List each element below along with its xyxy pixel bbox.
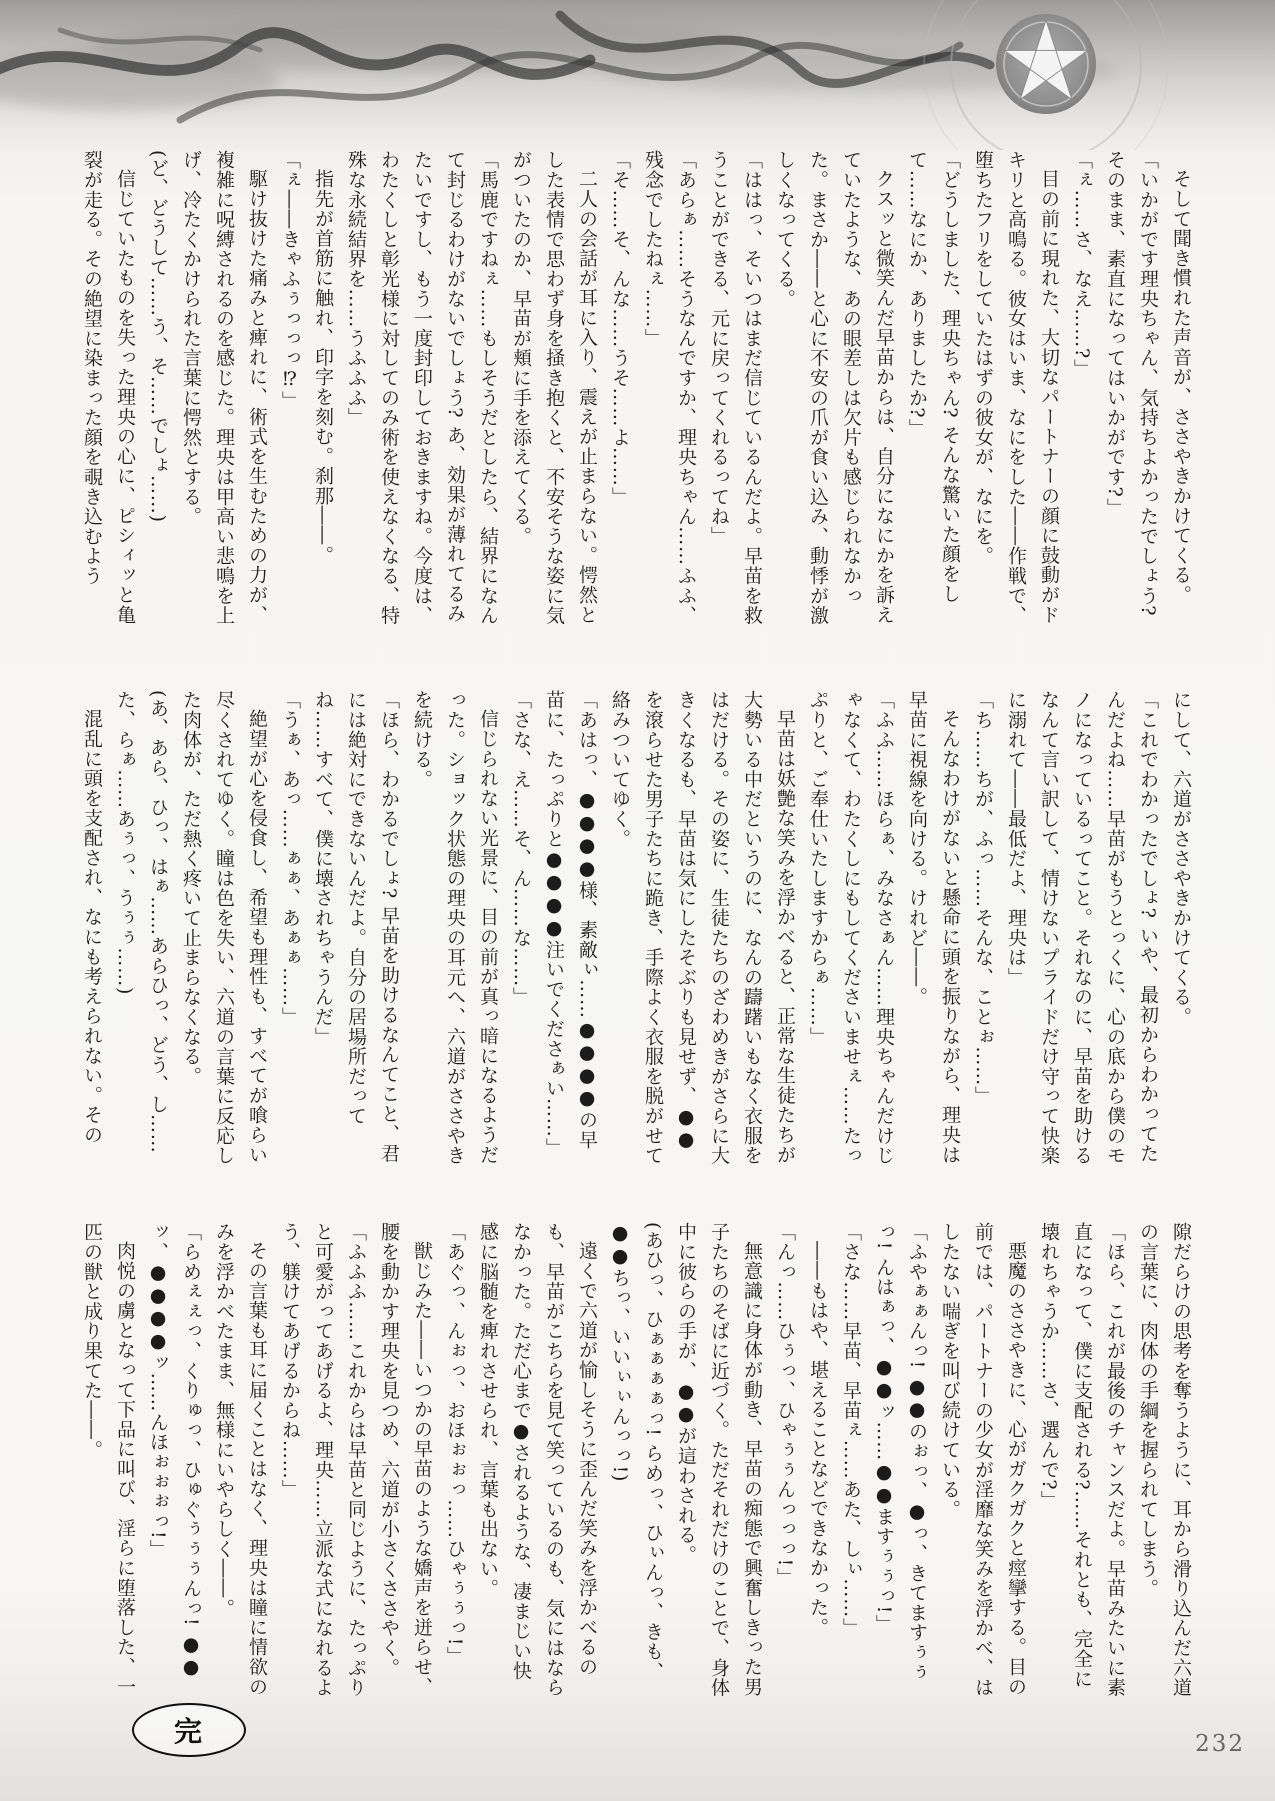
paragraph: 隙だらけの思考を奪うように、耳から滑り込んだ六道の言葉に、肉体の手綱を握られてし… [1131,1222,1197,1700]
paragraph: 「らめぇぇっ、くりゅっ、ひゅぐぅぅぅんっ! ●●ッ、●●●●ッ……んほぉぉぉっ!… [141,1222,207,1700]
paragraph: 「これでわかったでしょ? いや、最初からわかってたんだよね……早苗がもうとっくに… [999,690,1164,1168]
paragraph: 「馬鹿ですねぇ……もしそうだとしたら、結界になんて封じるわけがないでしょう? あ… [339,150,504,628]
paragraph: そんなわけがないと懸命に頭を振りながら、理央は早苗に視線を向ける。けれど――。 [900,690,966,1168]
paragraph: (ど、どうして……う、そ……でしょ……) [141,150,174,628]
page-number: 232 [1195,1731,1245,1757]
end-mark-oval: 完 [132,1703,246,1757]
paragraph: 「うぁ、あっ……ぁぁ、あぁぁ……」 [273,690,306,1168]
paragraph: (あ、あら、ひっ、はぁ……あらひっ、どう、し……た、らぁ……あぅっ、うぅぅ……) [108,690,174,1168]
paragraph: にして、六道がささやきかけてくる。 [1164,690,1197,1168]
vertical-text-band-2: にして、六道がささやきかけてくる。「これでわかったでしょ? いや、最初からわかっ… [75,690,1197,1168]
end-mark-label: 完 [174,1710,204,1750]
paragraph: 「ほら、これが最後のチャンスだよ。早苗みたいに素直になって、僕に支配される?……… [1032,1222,1131,1700]
paragraph: 「んっ……ひぅっ、ひゃぅぅんっっっ!」 [768,1222,801,1700]
paragraph: 信じていたものを失った理央の心に、ピシィッと亀裂が走る。その絶望に染まった顔を覗… [75,150,141,628]
paragraph: 「あらぁ……そうなんですか、理央ちゃん……ふふ、残念でしたねぇ……」 [636,150,702,628]
paragraph: その言葉も耳に届くことはなく、理央は瞳に情欲のみを浮かべたまま、無様にいやらしく… [207,1222,273,1700]
vertical-text-band-3: 隙だらけの思考を奪うように、耳から滑り込んだ六道の言葉に、肉体の手綱を握られてし… [75,1222,1197,1700]
paragraph: 肉悦の虜となって下品に叫び、淫らに堕落した、一匹の獣と成り果てた――。 [75,1222,141,1700]
paragraph: 「ぇ……さ、なえ……?」 [1065,150,1098,628]
paragraph: 「ち……ちが、ふっ……そんな、ことぉ……」 [966,690,999,1168]
paragraph: 獣じみた――いつかの早苗のような嬌声を迸らせ、腰を動かす理央を見つめ、六道が小さ… [372,1222,438,1700]
paragraph: そして聞き慣れた声音が、ささやきかけてくる。 [1164,150,1197,628]
paragraph: 「さな……早苗、早苗ぇ……あた、しぃ……」 [834,1222,867,1700]
paragraph: 早苗は妖艶な笑みを浮かべると、正常な生徒たちが大勢いる中だというのに、なんの躊躇… [603,690,801,1168]
paragraph: 絶望が心を侵食し、希望も理性も、すべてが喰らい尽くされてゆく。瞳は色を失い、六道… [174,690,273,1168]
paragraph: 遠くで六道が愉しそうに歪んだ笑みを浮かべるのも、早苗がこちらを見て笑っているのも… [471,1222,603,1700]
novel-page: そして聞き慣れた声音が、ささやきかけてくる。「いかがです理央ちゃん、気持ちよかっ… [0,0,1275,1801]
paragraph: 「あぐっ、んぉっ、おほぉぉっ……ひゃぅぅっ!」 [438,1222,471,1700]
paragraph: 「どうしました、理央ちゃん? そんな驚いた顔をして……なにか、ありましたか?」 [900,150,966,628]
paragraph: 「そ……そ、んな……うそ……よ……」 [603,150,636,628]
paragraph: 「ふやぁぁんっ! ●●のぉっ、●っ、きてますぅぅっ! んはぁっ、●●ッ……●●ま… [867,1222,933,1700]
paragraph: 悪魔のささやきに、心がガクガクと痙攣する。目の前では、パートナーの少女が淫靡な笑… [933,1222,1032,1700]
paragraph: 指先が首筋に触れ、印字を刻む。刹那――。 [306,150,339,628]
paragraph: クスッと微笑んだ早苗からは、自分になにかを訴えていたような、あの眼差しは欠片も感… [768,150,900,628]
pentagram-icon [990,8,1102,120]
paragraph: 無意識に身体が動き、早苗の痴態で興奮しきった男子たちのそばに近づく。ただそれだけ… [669,1222,768,1700]
paragraph: 「ほら、わかるでしょ? 早苗を助けるなんてこと、君には絶対にできないんだよ。自分… [306,690,405,1168]
paragraph: 目の前に現れた、大切なパートナーの顔に鼓動がドキリと高鳴る。彼女はいま、なにをし… [966,150,1065,628]
paragraph: 「ははっ、そいつはまだ信じているんだよ。早苗を救うことができる、元に戻ってくれる… [702,150,768,628]
paragraph: 「さな、え……そ、ん……な……」 [504,690,537,1168]
paragraph: 「あはっ、●●●●様、素敵ぃ……●●●●の早苗に、たっぷりと●●●●注いでくださ… [537,690,603,1168]
paragraph: ――もはや、堪えることなどできなかった。 [801,1222,834,1700]
vertical-text-band-1: そして聞き慣れた声音が、ささやきかけてくる。「いかがです理央ちゃん、気持ちよかっ… [75,150,1197,628]
paragraph: 「ぇ――きゃふぅっっっ⁉」 [273,150,306,628]
paragraph: 「いかがです理央ちゃん、気持ちよかったでしょう? そのまま、素直になってはいかが… [1098,150,1164,628]
paragraph: 「ふふ……ほらぁ、みなさぁん……理央ちゃんだけじゃなくて、わたくしにもしてくださ… [801,690,900,1168]
paragraph: 混乱に頭を支配され、なにも考えられない。その [75,690,108,1168]
paragraph: (あひっ、ひぁぁぁぁっ! らめっ、ひぃんっ、きも、●●ちっ、いいぃぃんっっ!) [603,1222,669,1700]
paragraph: 「ふふふ……これからは早苗と同じように、たっぷりと可愛がってあげるよ、理央……立… [273,1222,372,1700]
paragraph: 駆け抜けた痛みと痺れに、術式を生むための力が、複雑に呪縛されるのを感じた。理央は… [174,150,273,628]
paragraph: 二人の会話が耳に入り、震えが止まらない。愕然とした表情で思わず身を掻き抱くと、不… [504,150,603,628]
paragraph: 信じられない光景に、目の前が真っ暗になるようだった。ショック状態の理央の耳元へ、… [405,690,504,1168]
